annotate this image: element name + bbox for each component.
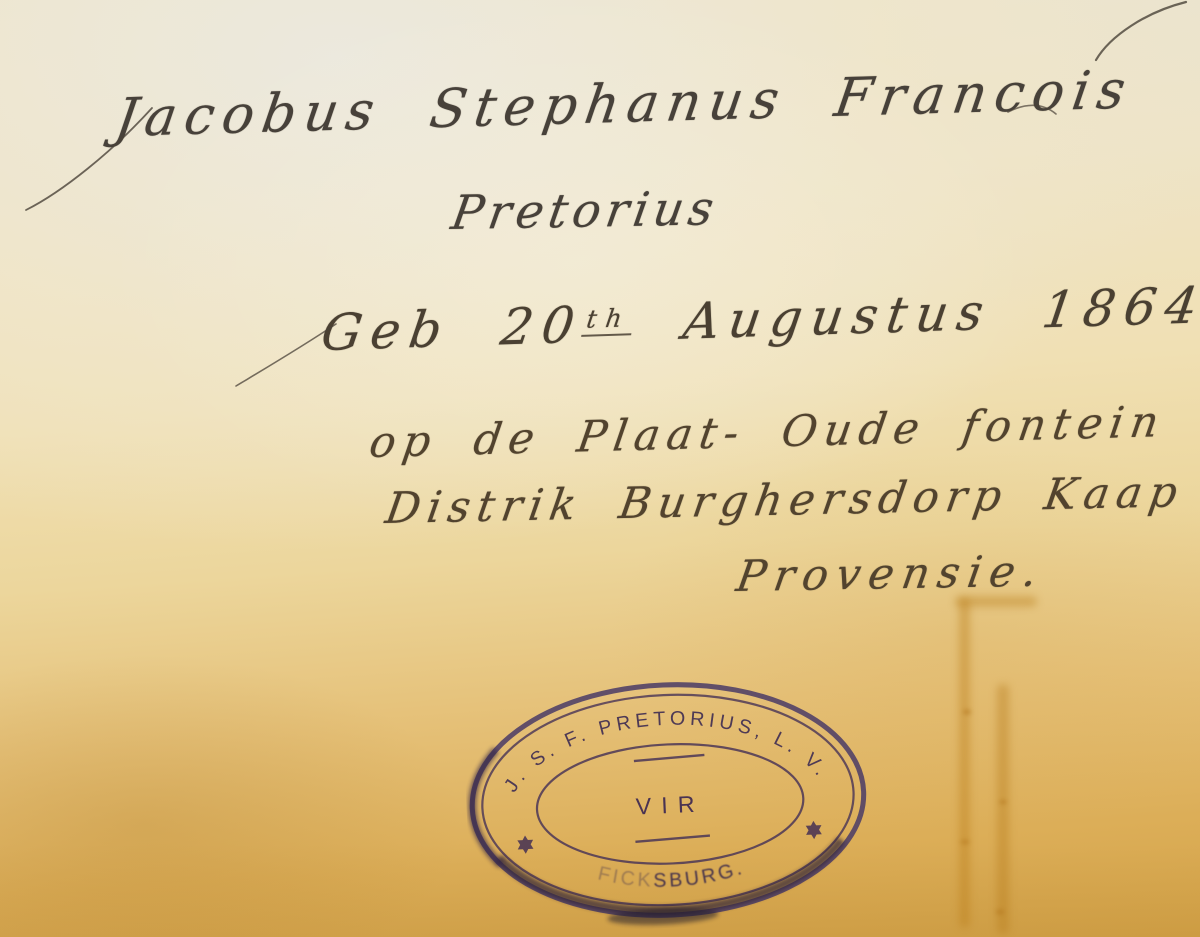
stamp-rule-below <box>635 836 710 842</box>
star-left-icon <box>517 835 534 854</box>
handwritten-province-line: Provensie. <box>733 547 1049 603</box>
handwritten-name-line: Jacobus Stephanus Francois <box>111 59 1137 149</box>
handwritten-farm-line: op de Plaat- Oude fontein <box>366 397 1169 468</box>
star-right-icon <box>806 821 823 840</box>
birthdate-ordinal: th <box>581 303 636 337</box>
stain-spots <box>945 592 1040 937</box>
stain-right-edge <box>997 684 1009 934</box>
birthdate-prefix: Geb 20 <box>318 296 587 362</box>
stamp-center-text: VIR <box>635 791 705 820</box>
stamp-rule-above <box>634 755 705 761</box>
top-right-flourish <box>1096 2 1186 60</box>
handwritten-surname-line: Pretorius <box>448 181 723 241</box>
stamp-smudge-left <box>470 750 501 866</box>
stamp-bottom-arc-faint: FICK <box>595 860 655 894</box>
handwritten-district-line: Distrik Burghersdorp Kaap <box>382 467 1187 534</box>
stain-mark <box>945 592 1040 937</box>
handwritten-birthdate-line: Geb 20th Augustus 1864 <box>318 276 1200 362</box>
stamp-bottom-arc-text: FICKSBURG. <box>595 856 748 895</box>
document-photo: Jacobus Stephanus Francois Pretorius Geb… <box>0 0 1200 937</box>
stain-left-edge <box>959 598 970 928</box>
ink-stamp: J. S. F. PRETORIUS, L. V. VIR FICKSBURG. <box>450 661 885 937</box>
birthdate-suffix: Augustus 1864 <box>629 276 1200 352</box>
